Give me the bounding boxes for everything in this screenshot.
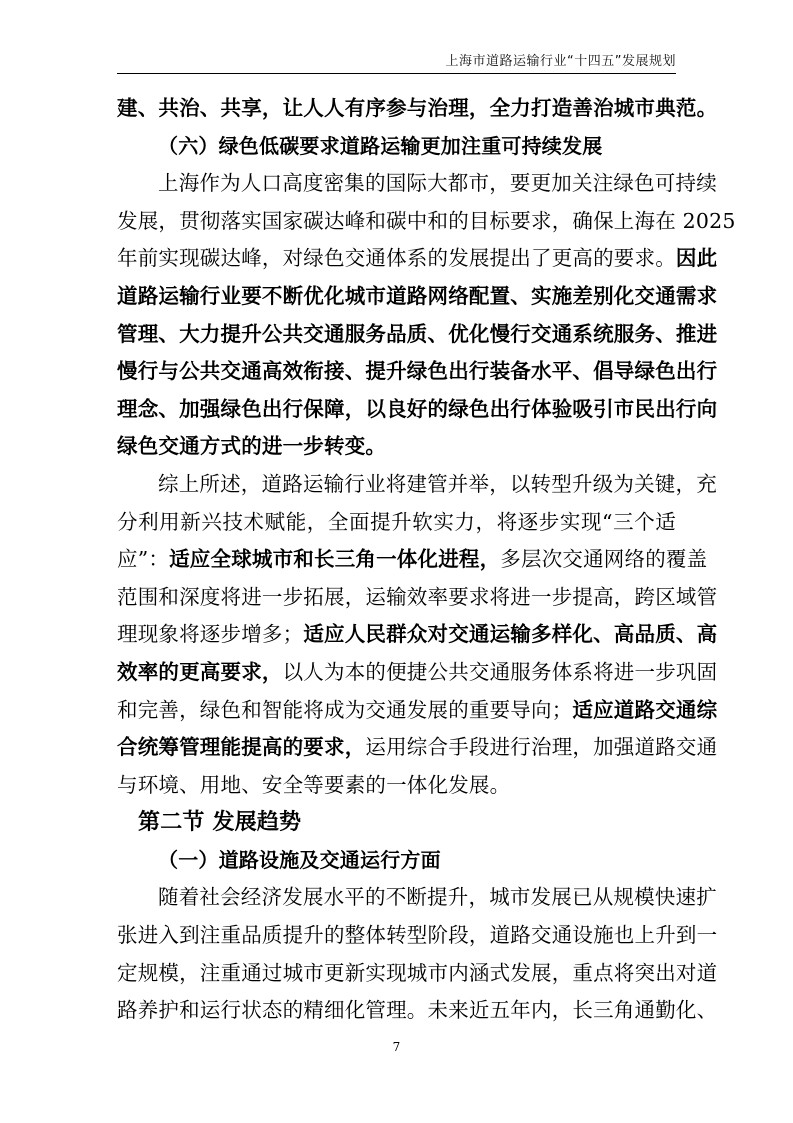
- text-line: 应”：适应全球城市和长三角一体化进程，多层次交通网络的覆盖: [117, 541, 676, 579]
- text-line: 绿色交通方式的进一步转变。: [117, 428, 676, 466]
- bold-text: 第二节 发展趋势: [138, 810, 301, 835]
- body-text: 综上所述，道路运输行业将建管并举，以转型升级为关键，充: [158, 472, 717, 496]
- section-heading: 第二节 发展趋势: [117, 804, 676, 842]
- section-heading: （六）绿色低碳要求道路运输更加注重可持续发展: [117, 128, 676, 166]
- body-text: 运用综合手段进行治理，加强道路交通: [365, 735, 717, 759]
- text-line: 建、共治、共享，让人人有序参与治理，全力打造善治城市典范。: [117, 90, 676, 128]
- body-text: 范围和深度将进一步拓展，运输效率要求将进一步提高，跨区域管: [117, 585, 717, 609]
- text-line: 综上所述，道路运输行业将建管并举，以转型升级为关键，充: [117, 466, 676, 504]
- text-line: 理念、加强绿色出行保障，以良好的绿色出行体验吸引市民出行向: [117, 391, 676, 429]
- text-line: 管理、大力提升公共交通服务品质、优化慢行交通系统服务、推进: [117, 316, 676, 354]
- body-text: 应”：: [117, 547, 169, 571]
- text-line: 道路运输行业要不断优化城市道路网络配置、实施差别化交通需求: [117, 278, 676, 316]
- body-text: 随着社会经济发展水平的不断提升，城市发展已从规模快速扩: [158, 885, 717, 909]
- body-text: 分利用新兴技术赋能，全面提升软实力，将逐步实现“三个适: [117, 510, 676, 534]
- text-line: 与环境、用地、安全等要素的一体化发展。: [117, 767, 676, 805]
- text-line: 随着社会经济发展水平的不断提升，城市发展已从规模快速扩: [117, 879, 676, 917]
- body-text: 年前实现碳达峰，对绿色交通体系的发展提出了更高的要求。: [117, 246, 676, 270]
- header-divider: [117, 73, 676, 74]
- text-line: 上海作为人口高度密集的国际大都市，要更加关注绿色可持续: [117, 165, 676, 203]
- text-line: 范围和深度将进一步拓展，运输效率要求将进一步提高，跨区域管: [117, 579, 676, 617]
- text-line: 年前实现碳达峰，对绿色交通体系的发展提出了更高的要求。因此: [117, 240, 676, 278]
- bold-text: 管理、大力提升公共交通服务品质、优化慢行交通系统服务、推进: [117, 322, 717, 346]
- text-line: 分利用新兴技术赋能，全面提升软实力，将逐步实现“三个适: [117, 504, 676, 542]
- text-line: 理现象将逐步增多；适应人民群众对交通运输多样化、高品质、高: [117, 616, 676, 654]
- bold-text: 道路运输行业要不断优化城市道路网络配置、实施差别化交通需求: [117, 284, 717, 308]
- page-number: 7: [0, 1040, 793, 1054]
- text-line: 效率的更高要求，以人为本的便捷公共交通服务体系将进一步巩固: [117, 654, 676, 692]
- bold-text: 绿色交通方式的进一步转变。: [117, 434, 386, 458]
- body-text: 发展，贯彻落实国家碳达峰和碳中和的目标要求，确保上海在 2025: [117, 209, 736, 233]
- bold-text: 适应道路交通综: [572, 698, 717, 722]
- text-line: 和完善，绿色和智能将成为交通发展的重要导向；适应道路交通综: [117, 692, 676, 730]
- text-line: 慢行与公共交通高效衔接、提升绿色出行装备水平、倡导绿色出行: [117, 353, 676, 391]
- bold-text: 因此: [676, 246, 717, 270]
- document-body: 建、共治、共享，让人人有序参与治理，全力打造善治城市典范。（六）绿色低碳要求道路…: [117, 90, 676, 1030]
- body-text: 定规模，注重通过城市更新实现城市内涵式发展，重点将突出对道: [117, 961, 717, 985]
- bold-text: 慢行与公共交通高效衔接、提升绿色出行装备水平、倡导绿色出行: [117, 359, 717, 383]
- bold-text: 适应人民群众对交通运输多样化、高品质、高: [303, 622, 717, 646]
- text-line: 合统筹管理能提高的要求，运用综合手段进行治理，加强道路交通: [117, 729, 676, 767]
- body-text: 以人为本的便捷公共交通服务体系将进一步巩固: [283, 660, 718, 684]
- body-text: 路养护和运行状态的精细化管理。未来近五年内，长三角通勤化、: [117, 998, 717, 1022]
- body-text: 上海作为人口高度密集的国际大都市，要更加关注绿色可持续: [158, 171, 717, 195]
- text-line: 张进入到注重品质提升的整体转型阶段，道路交通设施也上升到一: [117, 917, 676, 955]
- body-text: 理现象将逐步增多；: [117, 622, 303, 646]
- bold-text: （一）道路设施及交通运行方面: [158, 848, 441, 872]
- body-text: 与环境、用地、安全等要素的一体化发展。: [117, 773, 510, 797]
- bold-text: 合统筹管理能提高的要求，: [117, 735, 365, 759]
- bold-text: 适应全球城市和长三角一体化进程，: [169, 547, 500, 571]
- text-line: 路养护和运行状态的精细化管理。未来近五年内，长三角通勤化、: [117, 992, 676, 1030]
- bold-text: （六）绿色低碳要求道路运输更加注重可持续发展: [158, 134, 602, 158]
- text-line: 发展，贯彻落实国家碳达峰和碳中和的目标要求，确保上海在 2025: [117, 203, 676, 241]
- section-heading: （一）道路设施及交通运行方面: [117, 842, 676, 880]
- header-title: 上海市道路运输行业“十四五”发展规划: [446, 50, 676, 69]
- text-line: 定规模，注重通过城市更新实现城市内涵式发展，重点将突出对道: [117, 955, 676, 993]
- body-text: 张进入到注重品质提升的整体转型阶段，道路交通设施也上升到一: [117, 923, 717, 947]
- body-text: 和完善，绿色和智能将成为交通发展的重要导向；: [117, 698, 572, 722]
- bold-text: 效率的更高要求，: [117, 660, 283, 684]
- body-text: 多层次交通网络的覆盖: [500, 547, 707, 571]
- bold-text: 建、共治、共享，让人人有序参与治理，全力打造善治城市典范。: [117, 96, 717, 120]
- bold-text: 理念、加强绿色出行保障，以良好的绿色出行体验吸引市民出行向: [117, 397, 717, 421]
